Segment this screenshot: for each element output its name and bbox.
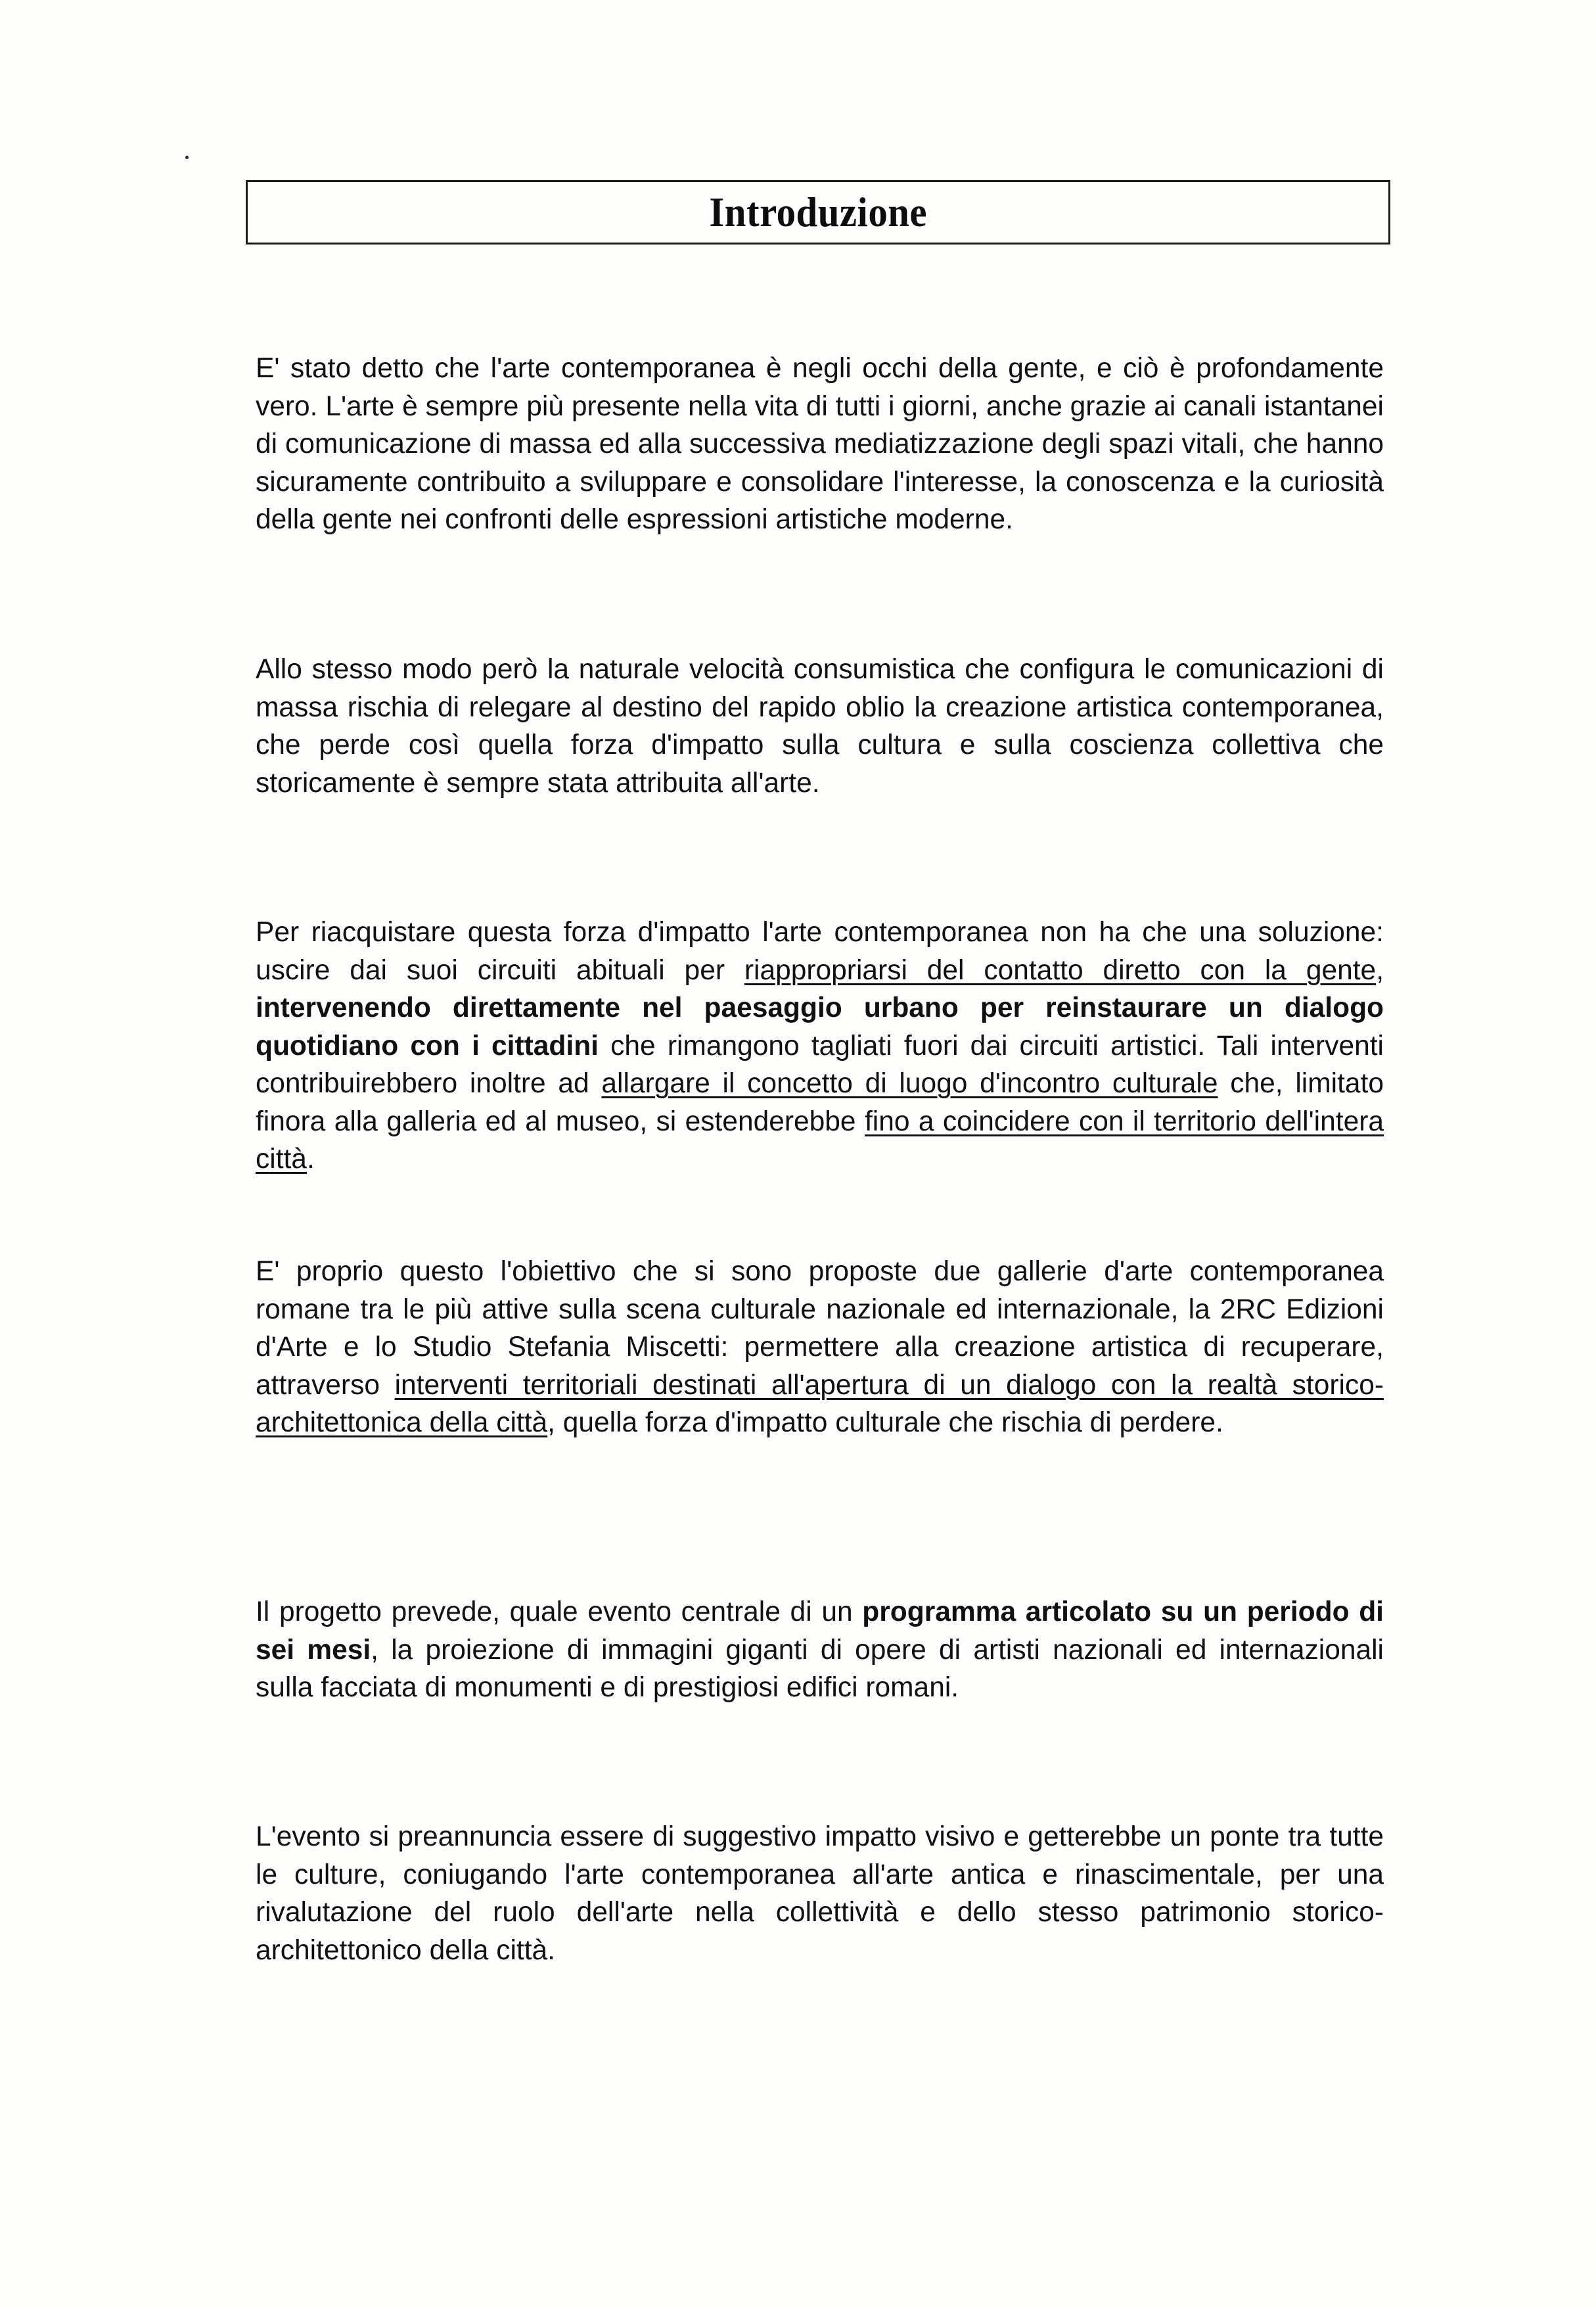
paragraph-5: Il progetto prevede, quale evento centra… bbox=[256, 1593, 1384, 1707]
text-segment: L'evento si preannuncia essere di sugges… bbox=[256, 1821, 1384, 1966]
text-segment: . bbox=[307, 1144, 315, 1175]
underlined-phrase: allargare il concetto di luogo d'incontr… bbox=[601, 1068, 1218, 1099]
underlined-phrase: riappropriarsi del contatto diretto con … bbox=[744, 955, 1376, 986]
text-segment: Il progetto prevede, quale evento centra… bbox=[256, 1596, 862, 1627]
title-box: Introduzione bbox=[246, 180, 1390, 245]
scan-speck bbox=[185, 156, 189, 159]
paragraph-4: E' proprio questo l'obiettivo che si son… bbox=[256, 1253, 1384, 1442]
paragraph-1: E' stato detto che l'arte contemporanea … bbox=[256, 350, 1384, 539]
text-segment: , la proiezione di immagini giganti di o… bbox=[256, 1635, 1384, 1704]
text-segment: Allo stesso modo però la naturale veloci… bbox=[256, 654, 1384, 799]
text-segment: , quella forza d'impatto culturale che r… bbox=[547, 1407, 1223, 1438]
paragraph-2: Allo stesso modo però la naturale veloci… bbox=[256, 651, 1384, 802]
page-title: Introduzione bbox=[709, 188, 927, 237]
paragraph-6: L'evento si preannuncia essere di sugges… bbox=[256, 1818, 1384, 1969]
text-segment: , bbox=[1376, 955, 1384, 986]
text-segment: E' stato detto che l'arte contemporanea … bbox=[256, 353, 1384, 535]
paragraph-3: Per riacquistare questa forza d'impatto … bbox=[256, 914, 1384, 1178]
